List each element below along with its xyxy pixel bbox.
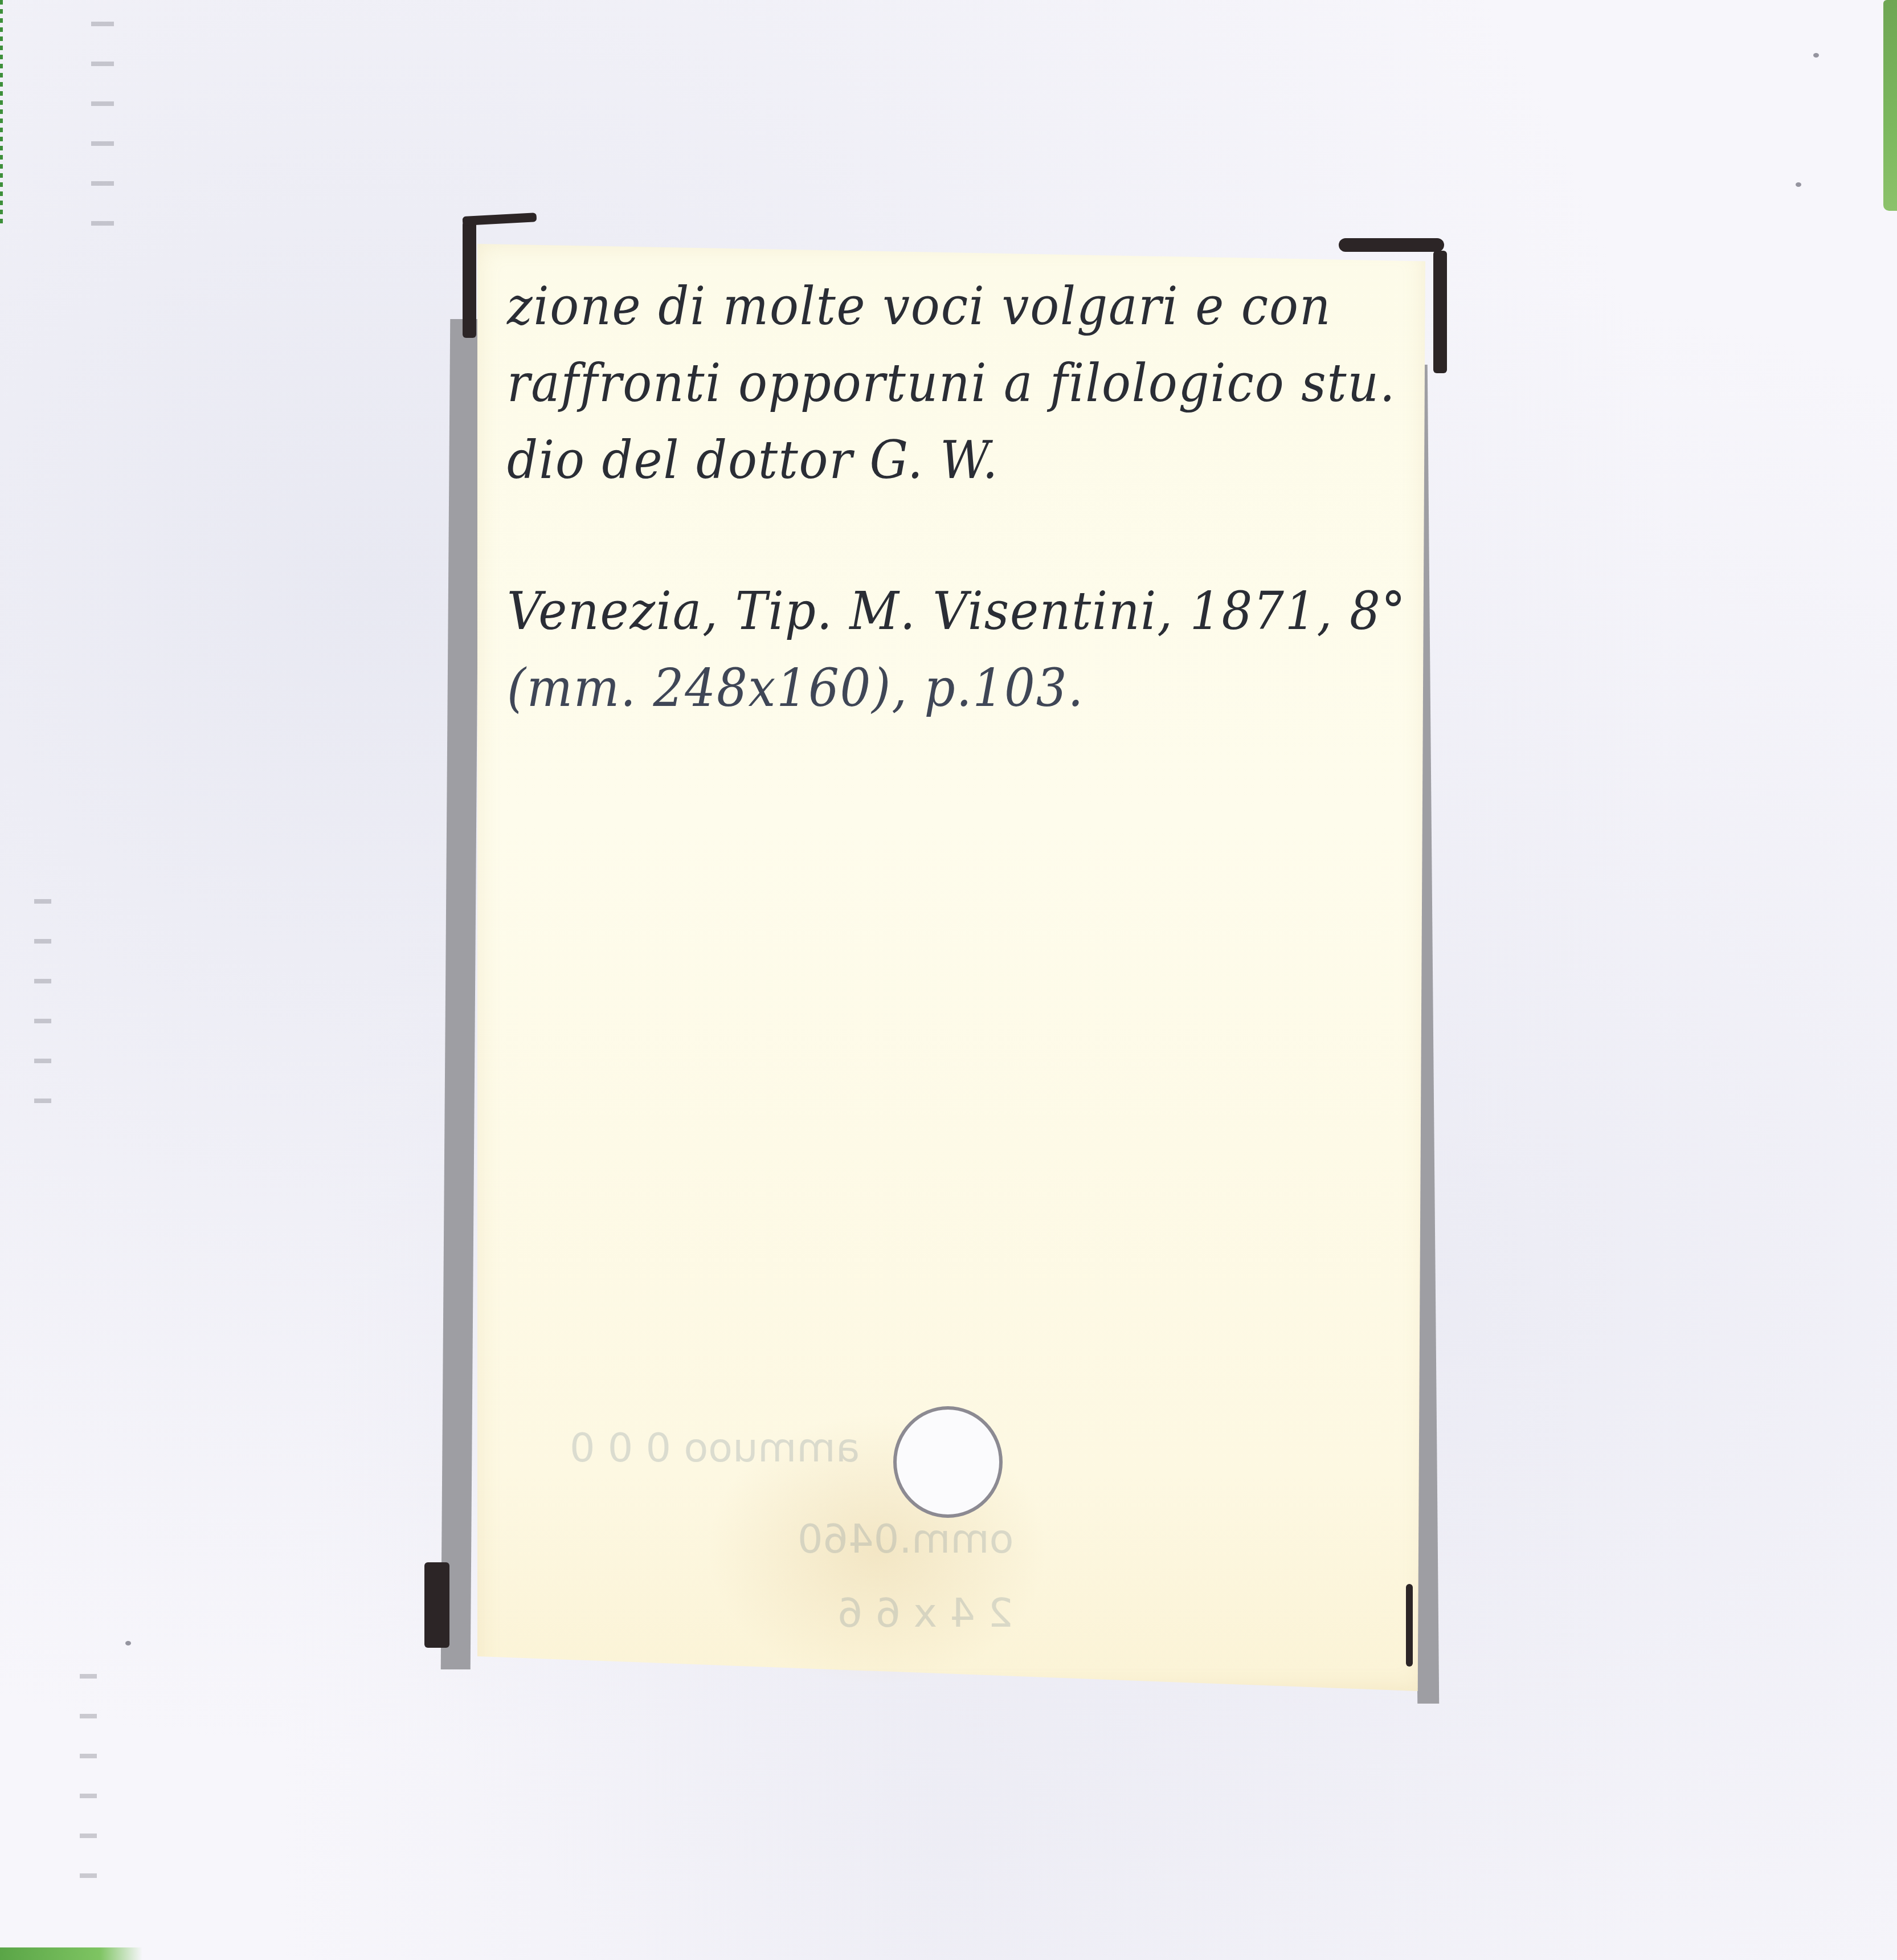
dust-speck [125,1641,131,1645]
card-line-3: dio del dottor G. W. [507,422,1346,499]
green-edge-right [1883,0,1897,211]
imprint-line-2: (mm. 248x160), p.103. [507,650,1346,726]
card-line-2: raffronti opportuni a filologico stu. [507,345,1346,422]
imprint-line-1: Venezia, Tip. M. Visentini, 1871, 8° [507,573,1346,650]
card-line-1: zione di molte voci volgari e con [507,268,1346,345]
corner-clip-top-left [463,221,476,338]
torn-edge-marks-top [91,0,114,239]
green-edge-left [0,0,3,228]
punch-hole [893,1406,1003,1518]
corner-clip-top-right [1433,251,1447,373]
dust-speck [1796,182,1801,187]
handwritten-entry: zione di molte voci volgari e con raffro… [507,268,1346,726]
dust-speck [1813,53,1819,58]
corner-clip-bottom-right [1406,1584,1413,1667]
torn-edge-marks-bottom [80,1652,97,1903]
torn-edge-marks-middle [34,877,51,1134]
green-edge-bottom [0,1947,142,1960]
bleed-through-text: ammuoo 0 0 0 [570,1424,860,1471]
corner-clip-bottom-left [424,1562,449,1648]
corner-clip-top-right-arm [1339,238,1444,252]
bleed-through-text: omm.0460 [798,1516,1014,1562]
bleed-through-text: 2 4 x 6 6 [837,1590,1013,1636]
